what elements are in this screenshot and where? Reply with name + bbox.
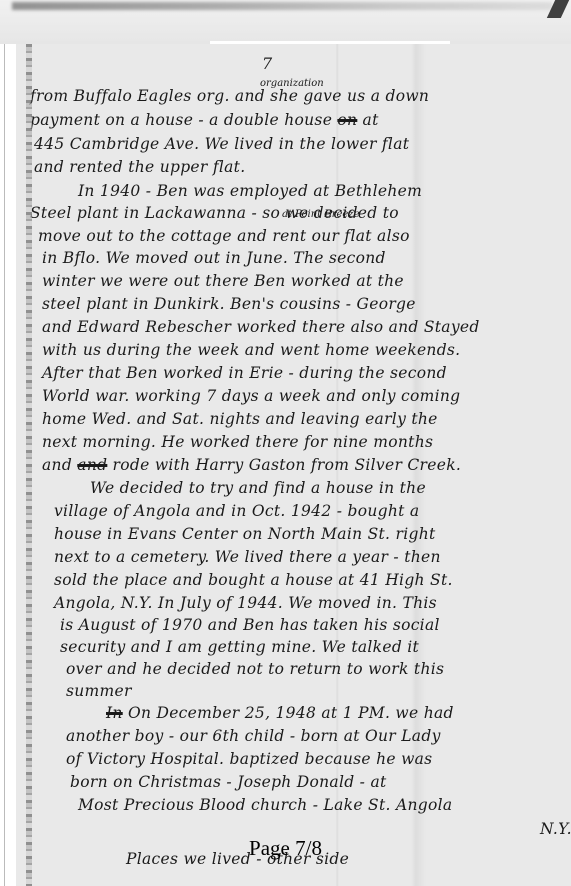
text-line: in Bflo. We moved out in June. The secon… — [42, 249, 386, 267]
text-line: Angola, N.Y. In July of 1944. We moved i… — [54, 594, 437, 612]
page-marker: 7 — [262, 54, 272, 73]
struck-word: on — [337, 111, 357, 129]
text-line: Most Precious Blood church - Lake St. An… — [78, 796, 452, 814]
text-line: and and rode with Harry Gaston from Silv… — [42, 456, 461, 474]
scan-shadow-band — [12, 2, 552, 10]
text-line: winter we were out there Ben worked at t… — [42, 272, 404, 290]
text-line: another boy - our 6th child - born at Ou… — [66, 727, 441, 745]
text-line: In 1940 - Ben was employed at Bethlehem — [78, 182, 422, 200]
page-footer: Page 7/8 — [0, 836, 571, 861]
text-line: World war. working 7 days a week and onl… — [42, 387, 460, 405]
struck-word: and — [77, 456, 107, 474]
text-line: After that Ben worked in Erie - during t… — [42, 364, 447, 382]
text-line: sold the place and bought a house at 41 … — [54, 571, 453, 589]
left-rule — [4, 44, 5, 886]
text-line: house in Evans Center on North Main St. … — [54, 525, 436, 543]
text-line: move out to the cottage and rent our fla… — [38, 227, 410, 245]
text-line: and Edward Rebescher worked there also a… — [42, 318, 480, 336]
binding-edge — [26, 44, 32, 886]
text-line: from Buffalo Eagles org. and she gave us… — [30, 87, 429, 105]
text-line: next morning. He worked there for nine m… — [42, 433, 433, 451]
text-line: We decided to try and find a house in th… — [90, 479, 426, 497]
text-line: In On December 25, 1948 at 1 PM. we had — [106, 704, 454, 722]
text-line: over and he decided not to return to wor… — [66, 660, 444, 678]
text-line: village of Angola and in Oct. 1942 - bou… — [54, 502, 419, 520]
text-line: next to a cemetery. We lived there a yea… — [54, 548, 441, 566]
text-line: payment on a house - a double house on a… — [30, 111, 379, 129]
struck-word: In — [106, 704, 123, 722]
handwritten-page: 7 organization at Point Breeze from Buff… — [16, 44, 571, 886]
text-line: of Victory Hospital. baptized because he… — [66, 750, 432, 768]
text-line: security and I am getting mine. We talke… — [60, 638, 419, 656]
text-line: with us during the week and went home we… — [42, 341, 460, 359]
text-line: and rented the upper flat. — [34, 158, 245, 176]
text-line: 445 Cambridge Ave. We lived in the lower… — [34, 135, 409, 153]
scan-top-strip — [0, 0, 571, 44]
text-line: is August of 1970 and Ben has taken his … — [60, 616, 440, 634]
text-line: born on Christmas - Joseph Donald - at — [70, 773, 387, 791]
text-line: steel plant in Dunkirk. Ben's cousins - … — [42, 295, 416, 313]
text-line: home Wed. and Sat. nights and leaving ea… — [42, 410, 438, 428]
text-line: summer — [66, 682, 132, 700]
text-line: Steel plant in Lackawanna - so we decide… — [30, 204, 399, 222]
